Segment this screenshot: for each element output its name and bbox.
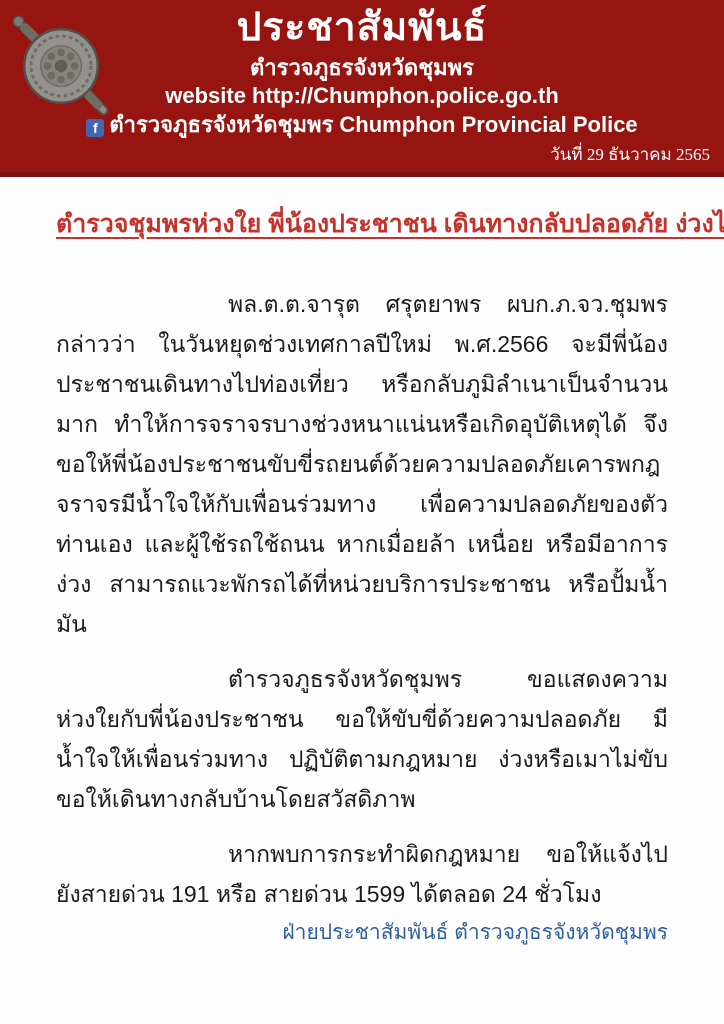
royal-thai-police-emblem-icon	[4, 4, 120, 126]
document-headline: ตำรวจชุมพรห่วงใย พี่น้องประชาชน เดินทางก…	[56, 204, 668, 244]
press-release-page: ประชาสัมพันธ์ ตำรวจภูธรจังหวัดชุมพร webs…	[0, 0, 724, 1024]
paragraph-3: หากพบการกระทำผิดกฎหมาย ขอให้แจ้งไปยังสาย…	[56, 834, 668, 914]
document-body: ตำรวจชุมพรห่วงใย พี่น้องประชาชน เดินทางก…	[0, 177, 724, 914]
signature-line: ฝ่ายประชาสัมพันธ์ ตำรวจภูธรจังหวัดชุมพร	[282, 916, 668, 949]
facebook-icon: f	[86, 119, 104, 137]
paragraph-2: ตำรวจภูธรจังหวัดชุมพร ขอแสดงความห่วงใยกั…	[56, 659, 668, 819]
document-date: วันที่ 29 ธันวาคม 2565	[0, 140, 724, 169]
paragraph-1: พล.ต.ต.จารุต ศรุตยาพร ผบก.ภ.จว.ชุมพร กล่…	[56, 284, 668, 644]
masthead: ประชาสัมพันธ์ ตำรวจภูธรจังหวัดชุมพร webs…	[0, 0, 724, 177]
facebook-page-name: ตำรวจภูธรจังหวัดชุมพร Chumphon Provincia…	[109, 111, 637, 140]
